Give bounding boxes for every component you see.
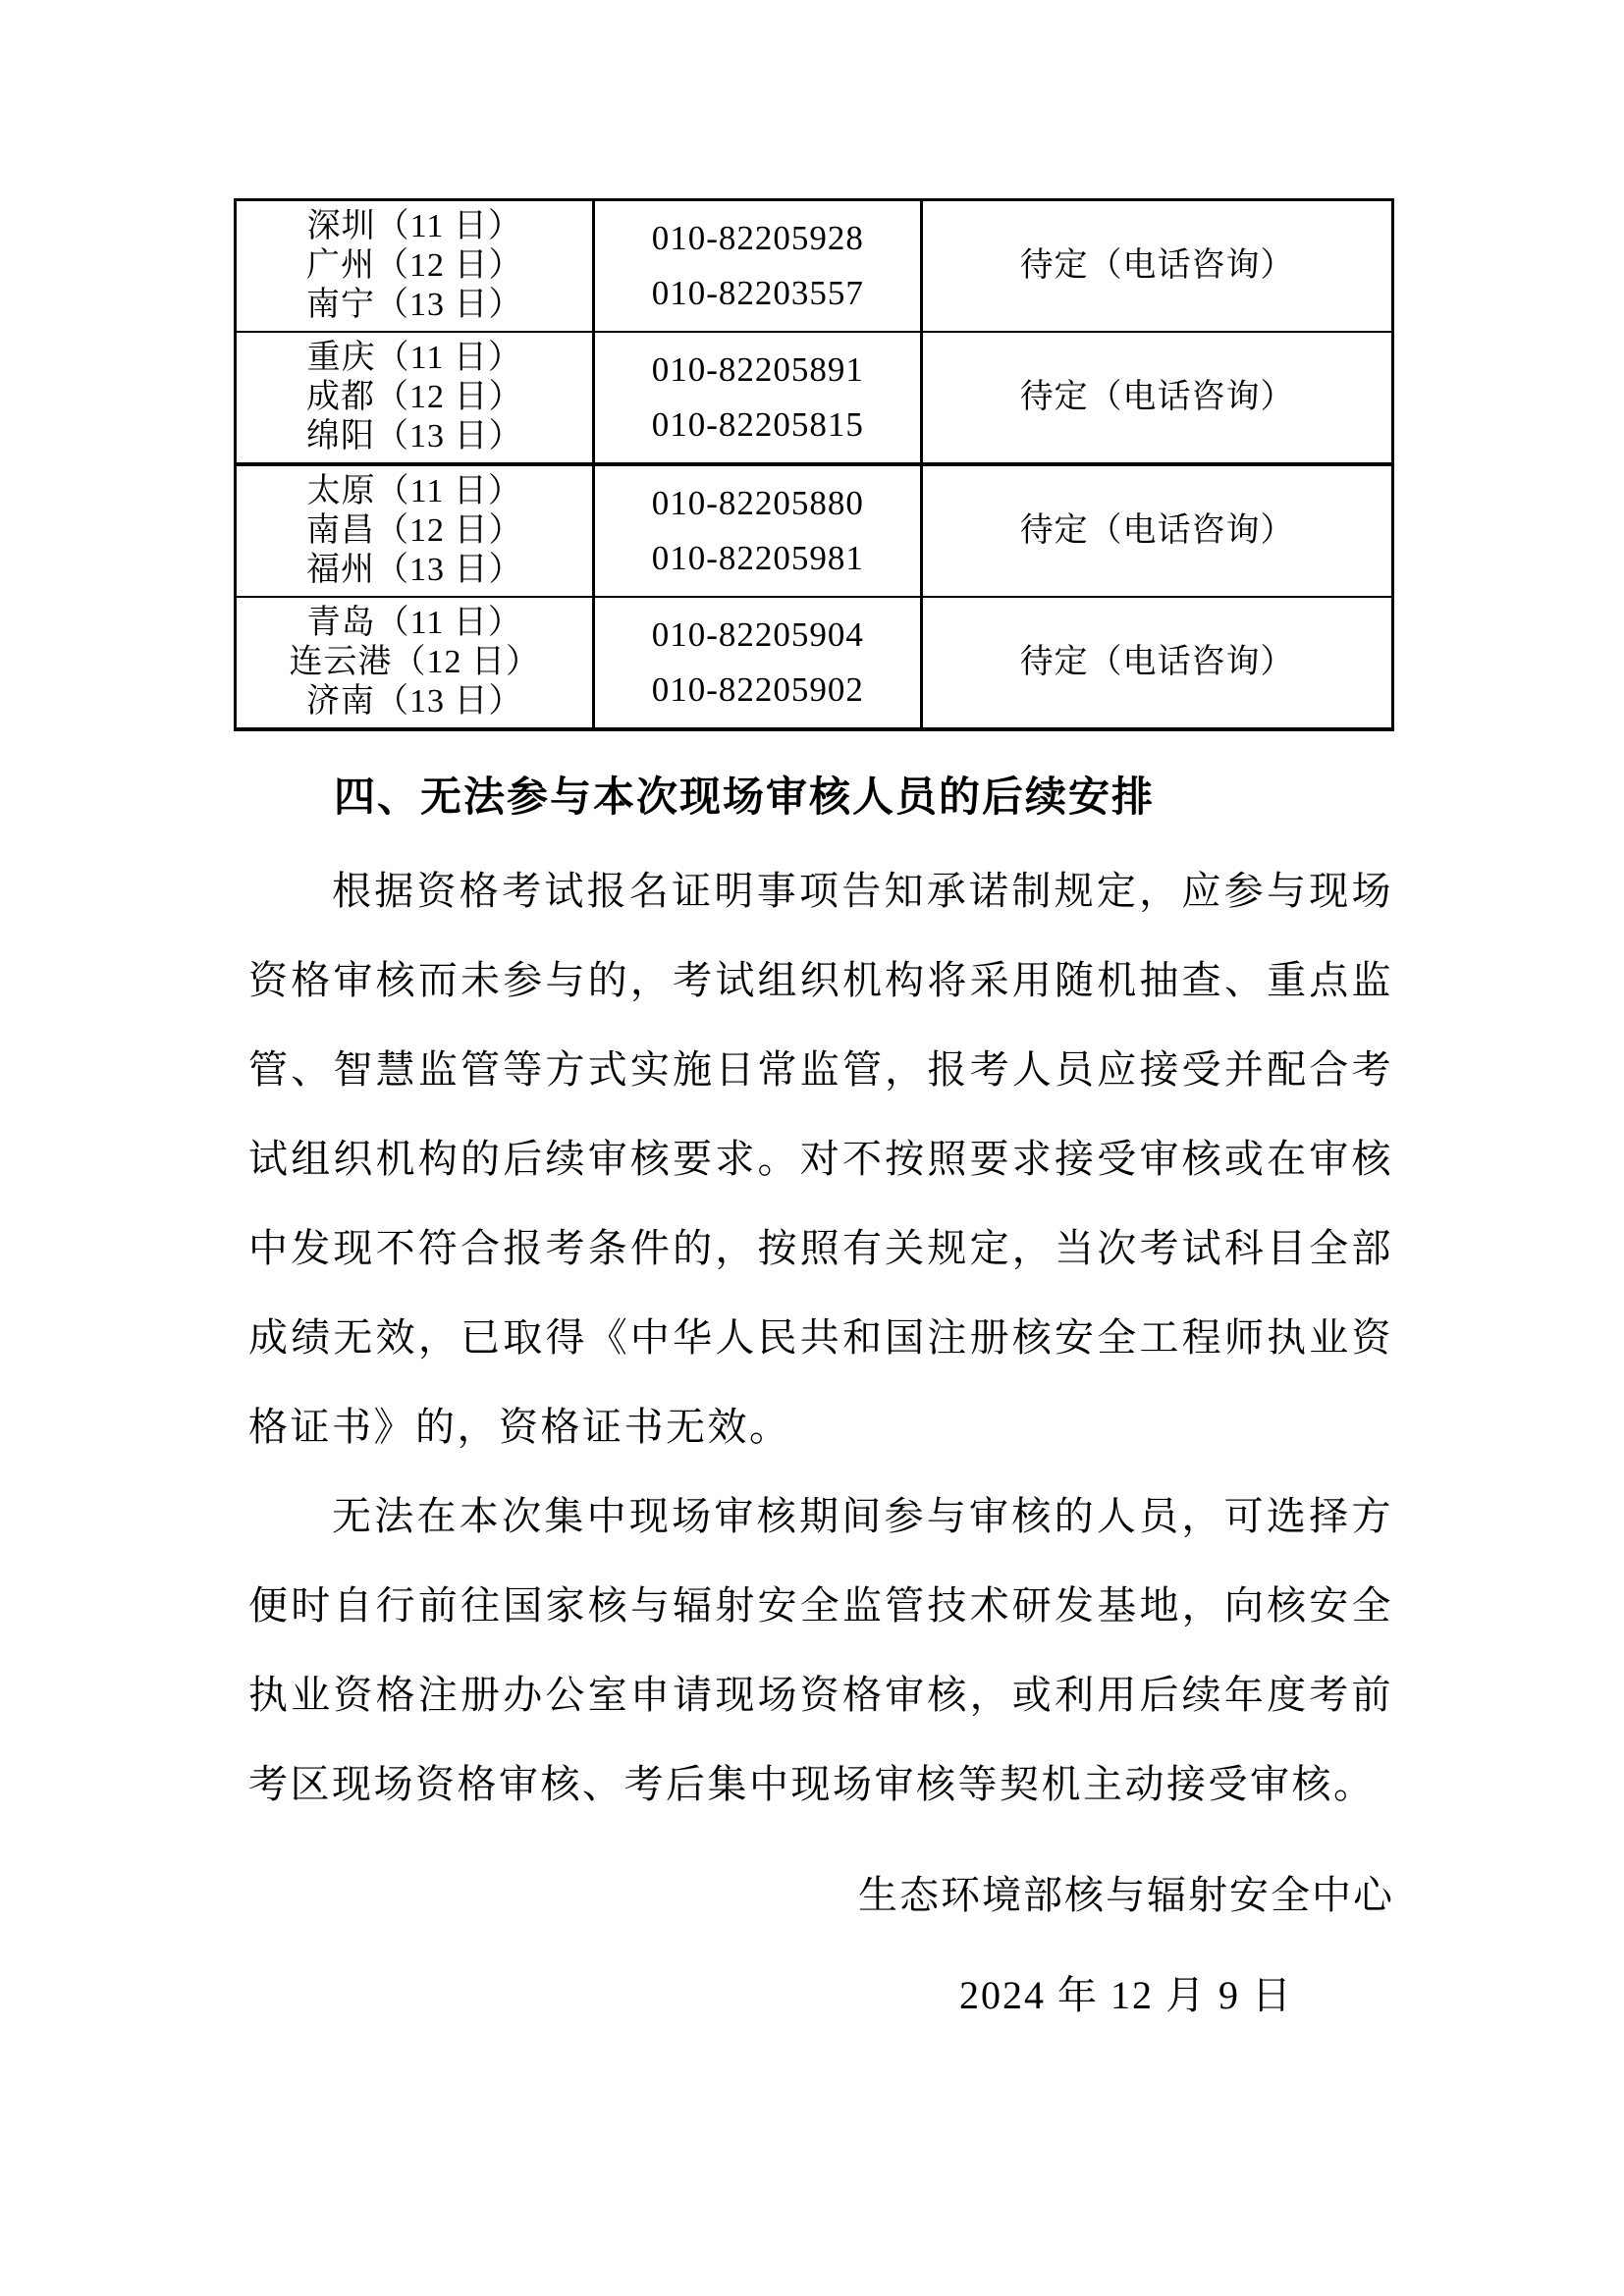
city-line: 南宁（13 日） [241,286,588,325]
phone-line: 010-82205880 [599,476,916,531]
signature-org: 生态环境部核与辐射安全中心 [858,1867,1394,1924]
cities-cell: 重庆（11 日） 成都（12 日） 绵阳（13 日） [236,332,594,464]
phone-line: 010-82205815 [599,398,916,453]
signature-date: 2024 年 12 月 9 日 [858,1967,1394,2024]
cities-cell: 太原（11 日） 南昌（12 日） 福州（13 日） [236,464,594,597]
cities-cell: 青岛（11 日） 连云港（12 日） 济南（13 日） [236,597,594,729]
status-cell: 待定（电话咨询） [922,464,1393,597]
city-line: 太原（11 日） [241,472,588,511]
city-line: 青岛（11 日） [241,604,588,643]
cities-cell: 深圳（11 日） 广州（12 日） 南宁（13 日） [236,200,594,333]
city-line: 广州（12 日） [241,246,588,286]
table-row: 青岛（11 日） 连云港（12 日） 济南（13 日） 010-82205904… [236,597,1393,729]
phones-cell: 010-82205928 010-82203557 [594,200,922,333]
exam-audit-table-wrap: 深圳（11 日） 广州（12 日） 南宁（13 日） 010-82205928 … [234,198,1394,731]
section-heading: 四、无法参与本次现场审核人员的后续安排 [251,769,1396,828]
table-row: 深圳（11 日） 广州（12 日） 南宁（13 日） 010-82205928 … [236,200,1393,333]
status-cell: 待定（电话咨询） [922,200,1393,333]
phone-line: 010-82205902 [599,663,916,718]
city-line: 重庆（11 日） [241,339,588,378]
table-row: 重庆（11 日） 成都（12 日） 绵阳（13 日） 010-82205891 … [236,332,1393,464]
phones-cell: 010-82205891 010-82205815 [594,332,922,464]
phone-line: 010-82205928 [599,211,916,266]
phone-line: 010-82205904 [599,608,916,663]
document-page: 深圳（11 日） 广州（12 日） 南宁（13 日） 010-82205928 … [0,0,1624,2296]
city-line: 福州（13 日） [241,551,588,590]
phone-line: 010-82205981 [599,531,916,586]
table-row: 太原（11 日） 南昌（12 日） 福州（13 日） 010-82205880 … [236,464,1393,597]
status-text: 待定（电话咨询） [927,509,1387,553]
status-cell: 待定（电话咨询） [922,332,1393,464]
status-cell: 待定（电话咨询） [922,597,1393,729]
phone-line: 010-82205891 [599,343,916,398]
city-line: 成都（12 日） [241,378,588,417]
status-text: 待定（电话咨询） [927,641,1387,684]
paragraph: 无法在本次集中现场审核期间参与审核的人员，可选择方便时自行前往国家核与辐射安全监… [248,1471,1393,1829]
city-line: 南昌（12 日） [241,511,588,551]
city-line: 连云港（12 日） [241,643,588,682]
status-text: 待定（电话咨询） [927,244,1387,288]
status-text: 待定（电话咨询） [927,376,1387,419]
body-text: 根据资格考试报名证明事项告知承诺制规定，应参与现场资格审核而未参与的，考试组织机… [248,846,1393,1829]
city-line: 济南（13 日） [241,682,588,721]
signature-block: 生态环境部核与辐射安全中心 2024 年 12 月 9 日 [858,1867,1394,2024]
city-line: 深圳（11 日） [241,207,588,246]
city-line: 绵阳（13 日） [241,417,588,456]
exam-audit-table: 深圳（11 日） 广州（12 日） 南宁（13 日） 010-82205928 … [234,198,1394,731]
phones-cell: 010-82205880 010-82205981 [594,464,922,597]
phones-cell: 010-82205904 010-82205902 [594,597,922,729]
phone-line: 010-82203557 [599,266,916,321]
paragraph: 根据资格考试报名证明事项告知承诺制规定，应参与现场资格审核而未参与的，考试组织机… [248,846,1393,1471]
